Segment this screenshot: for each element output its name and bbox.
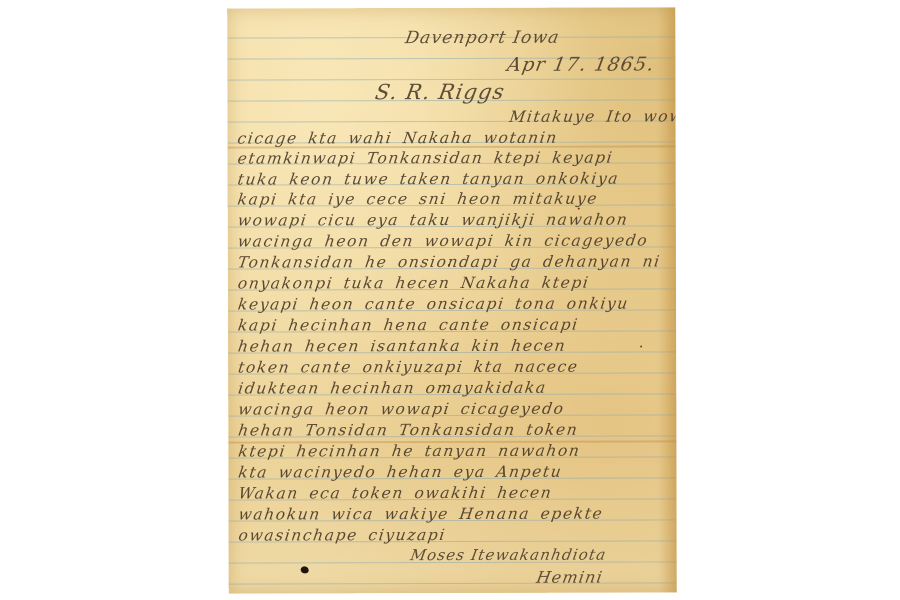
letter-line: owasinchape ciyuzapi: [237, 526, 447, 545]
letter-line: kapi hecinhan hena cante onsicapi: [237, 316, 580, 335]
signature-name: Moses Itewakanhdiota: [409, 546, 608, 565]
letter-line: keyapi heon cante onsicapi tona onkiyu: [237, 295, 630, 314]
letter-line: cicage kta wahi Nakaha wotanin: [236, 129, 559, 148]
letter-date: Apr 17. 1865.: [505, 53, 656, 75]
paper-speck: [640, 346, 642, 348]
letter-line: iduktean hecinhan omayakidaka: [237, 379, 548, 398]
letter-salutation: S. R. Riggs: [373, 80, 507, 104]
signature-place: Hemini: [535, 568, 605, 587]
edge-stain: [657, 7, 677, 592]
letter-line: Tonkansidan he onsiondapi ga dehanyan ni: [237, 252, 662, 271]
paper-speck: [578, 208, 580, 210]
letter-place: Davenport Iowa: [404, 28, 562, 48]
letter-line: kapi kta iye cece sni heon mitakuye: [236, 190, 599, 209]
letter-line: wacinga heon den wowapi kin cicageyedo: [237, 231, 650, 250]
letter-line: kta wacinyedo hehan eya Anpetu: [237, 463, 563, 482]
letter-line: hehan Tonsidan Tonkansidan token: [237, 421, 580, 440]
letter-line: ktepi hecinhan he tanyan nawahon: [237, 442, 582, 461]
letter-line: tuka keon tuwe taken tanyan onkokiya: [236, 170, 620, 189]
scan-background: Davenport Iowa Apr 17. 1865. S. R. Riggs…: [0, 0, 900, 600]
letter-line: onyakonpi tuka hecen Nakaha ktepi: [237, 274, 591, 293]
letter-line: token cante onkiyuzapi kta nacece: [237, 358, 580, 377]
letter-line: hehan hecen isantanka kin hecen: [237, 337, 568, 356]
ink-blot: [301, 566, 309, 573]
letter-paper: Davenport Iowa Apr 17. 1865. S. R. Riggs…: [227, 7, 677, 593]
letter-line: wacinga heon wowapi cicageyedo: [237, 400, 566, 419]
letter-line: Wakan eca token owakihi hecen: [237, 484, 553, 503]
letter-opening: Mitakuye Ito wowapi: [508, 107, 676, 126]
letter-line: etamkinwapi Tonkansidan ktepi keyapi: [236, 149, 614, 168]
letter-line: wahokun wica wakiye Henana epekte: [237, 505, 604, 524]
letter-line: wowapi cicu eya taku wanjikji nawahon: [237, 211, 630, 230]
